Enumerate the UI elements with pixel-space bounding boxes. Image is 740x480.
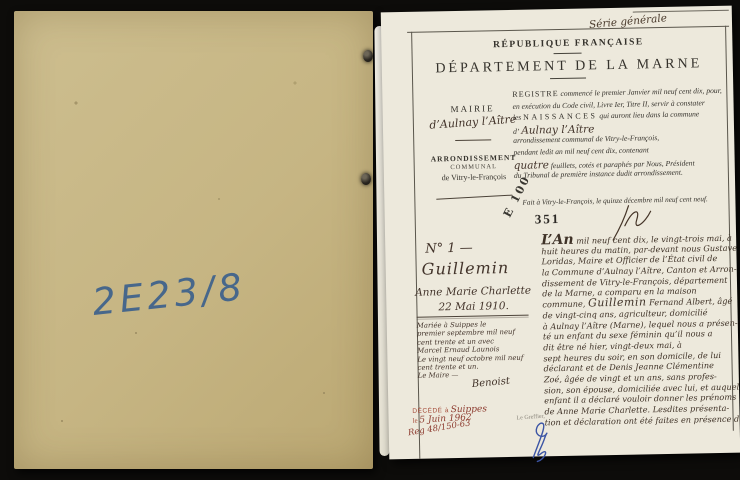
naissances-word: NAISSANCES bbox=[523, 111, 598, 121]
folio-number: 351 bbox=[535, 211, 561, 227]
marriage-mention: Mariée à Suippes le premier septembre mi… bbox=[417, 319, 538, 380]
register-title-page: Série générale RÉPUBLIQUE FRANÇAISE DÉPA… bbox=[381, 6, 740, 460]
registre-paragraph: REGISTRE commencé le premier Janvier mil… bbox=[512, 86, 732, 183]
act-date: 22 Mai 1910. bbox=[438, 300, 509, 313]
department-ornament-rule bbox=[550, 77, 586, 79]
act-number: N° 1 — bbox=[425, 241, 473, 257]
department-heading: DÉPARTEMENT DE LA MARNE bbox=[408, 56, 730, 78]
mairie-flourish-rule bbox=[455, 139, 491, 141]
binding-stud-bottom-icon bbox=[361, 173, 371, 185]
declarant-name: Guillemin bbox=[588, 295, 647, 309]
registre-word: REGISTRE bbox=[512, 89, 558, 99]
frame-rule-top bbox=[407, 26, 729, 33]
page-top-edge-rule bbox=[633, 10, 729, 13]
header-divider bbox=[554, 53, 582, 55]
maire-signature: Benoist bbox=[471, 376, 510, 390]
left-cover-page: 2E23/8 bbox=[14, 11, 373, 469]
archival-call-number: 2E23/8 bbox=[90, 265, 248, 324]
act-surname: Guillemin bbox=[421, 258, 509, 279]
frame-rule-left bbox=[411, 32, 420, 459]
margin-divider-rule bbox=[417, 315, 529, 318]
birth-act-body: L’An mil neuf cent dix, le vingt-trois m… bbox=[541, 232, 740, 428]
republic-heading: RÉPUBLIQUE FRANÇAISE bbox=[407, 36, 729, 52]
binding-stud-top-icon bbox=[363, 50, 373, 62]
arrondissement-flourish-rule bbox=[436, 195, 512, 200]
act-given-names: Anne Marie Charlette bbox=[415, 285, 531, 299]
